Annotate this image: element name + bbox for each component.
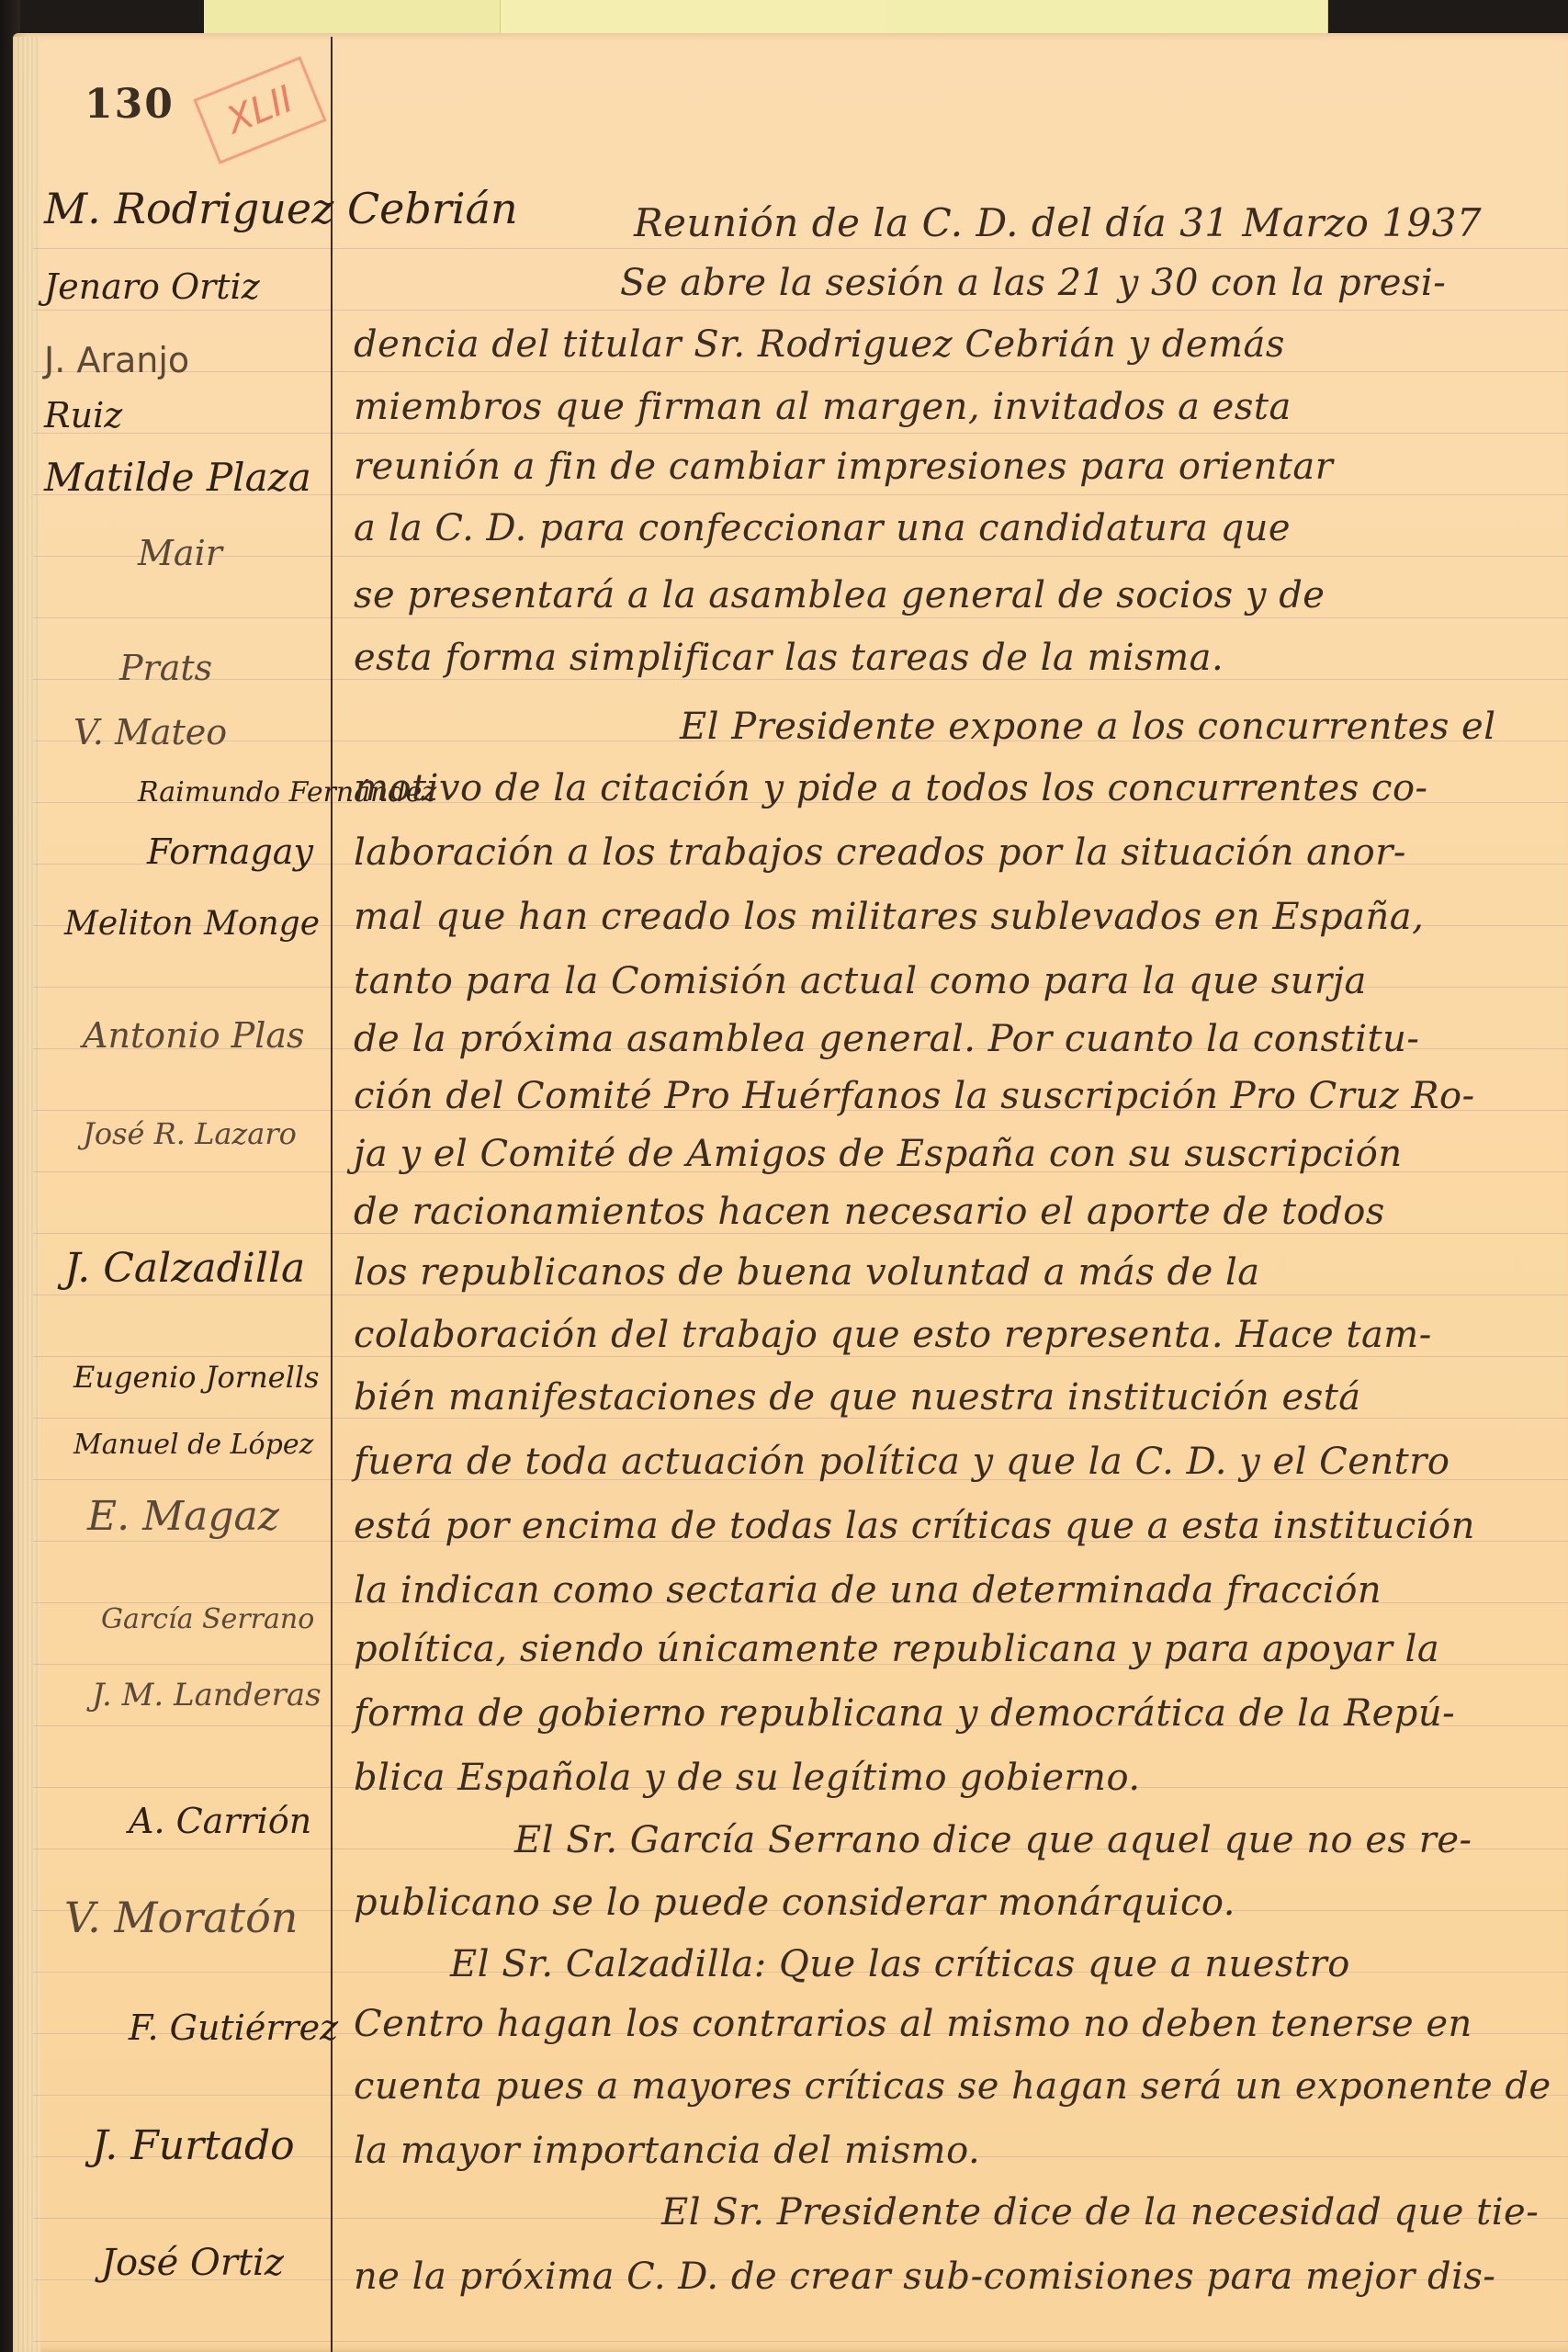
minutes-line: a la C. D. para confeccionar una candida… [354,507,1540,549]
signature: Antonio Plas [83,1015,386,1056]
minutes-line: publicano se lo puede considerar monárqu… [354,1882,1540,1924]
minutes-line: colaboración del trabajo que esto repres… [354,1314,1540,1356]
ruled-line [33,617,1568,618]
sticky-note-right [886,0,1328,37]
signature: V. Mateo [73,712,377,752]
page-number: 130 [85,81,175,128]
signature: José R. Lazaro [83,1116,386,1151]
minutes-line: El Sr. García Serrano dice que aquel que… [514,1819,1540,1861]
signature: J. Aranjo [44,340,347,380]
signature: Matilde Plaza [44,455,347,500]
minutes-line: esta forma simplificar las tareas de la … [354,637,1540,679]
signature: Manuel de López [73,1429,377,1461]
minutes-title: Reunión de la C. D. del día 31 Marzo 193… [634,200,1540,245]
signature: E. Magaz [87,1493,390,1540]
signature: M. Rodriguez Cebrián [44,184,347,233]
ruled-line [33,310,1568,311]
minutes-line: de la próxima asamblea general. Por cuan… [354,1018,1540,1060]
minutes-line: El Presidente expone a los concurrentes … [680,706,1540,748]
minutes-line: forma de gobierno republicana y democrát… [354,1692,1540,1735]
minutes-line: reunión a fin de cambiar impresiones par… [354,446,1540,488]
signature: V. Moratón [64,1893,367,1942]
minutes-line: tanto para la Comisión actual como para … [354,960,1540,1002]
signature: Meliton Monge [64,905,367,943]
minutes-line: El Sr. Calzadilla: Que las críticas que … [450,1943,1540,1985]
minutes-line: El Sr. Presidente dice de la necesidad q… [661,2191,1540,2233]
page-edges [13,37,40,2352]
minutes-line: política, siendo únicamente republicana … [354,1628,1540,1670]
minutes-line: cuenta pues a mayores críticas se hagan … [354,2065,1540,2108]
minutes-line: está por encima de todas las críticas qu… [354,1505,1540,1547]
minutes-line: la mayor importancia del mismo. [354,2130,1540,2172]
minutes-line: los republicanos de buena voluntad a más… [354,1251,1540,1294]
signature: Eugenio Jornells [73,1360,377,1395]
signature: J. Furtado [92,2122,395,2169]
minutes-line: de racionamientos hacen necesario el apo… [354,1191,1540,1233]
minutes-line: laboración a los trabajos creados por la… [354,831,1540,874]
minutes-line: ja y el Comité de Amigos de España con s… [354,1133,1540,1175]
minutes-line: dencia del titular Sr. Rodriguez Cebrián… [354,323,1540,366]
minutes-line: miembros que firman al margen, invitados… [354,386,1540,428]
ruled-line [33,2341,1568,2342]
minutes-line: la indican como sectaria de una determin… [354,1569,1540,1611]
signature: Ruiz [44,395,347,435]
minutes-line: mal que han creado los militares subleva… [354,896,1540,938]
sticky-note-middle [501,0,887,37]
minutes-line: fuera de toda actuación política y que l… [354,1441,1540,1483]
ruled-line [33,1295,1568,1295]
ruled-line [33,1356,1568,1357]
minutes-line: ne la próxima C. D. de crear sub-comisio… [354,2256,1540,2298]
signature: A. Carrión [129,1801,432,1841]
signature: J. Calzadilla [64,1245,367,1292]
ruled-line [33,1233,1568,1234]
minutes-line: bién manifestaciones de que nuestra inst… [354,1376,1540,1419]
sticky-note-left [204,0,501,37]
archive-mark-text: XLII [220,78,299,142]
ruled-line [33,248,1568,249]
minutes-line: Centro hagan los contrarios al mismo no … [354,2003,1540,2045]
signature: Jenaro Ortiz [44,266,347,307]
minutes-line: ción del Comité Pro Huérfanos la suscrip… [354,1075,1540,1117]
signature: J. M. Landeras [92,1677,395,1713]
minutes-line: Se abre la sesión a las 21 y 30 con la p… [620,262,1540,304]
margin-rule [331,37,333,2352]
minutes-line: se presentará a la asamblea general de s… [354,574,1540,616]
minutes-line: blica Española y de su legítimo gobierno… [354,1757,1540,1799]
minutes-line: motivo de la citación y pide a todos los… [354,767,1540,809]
